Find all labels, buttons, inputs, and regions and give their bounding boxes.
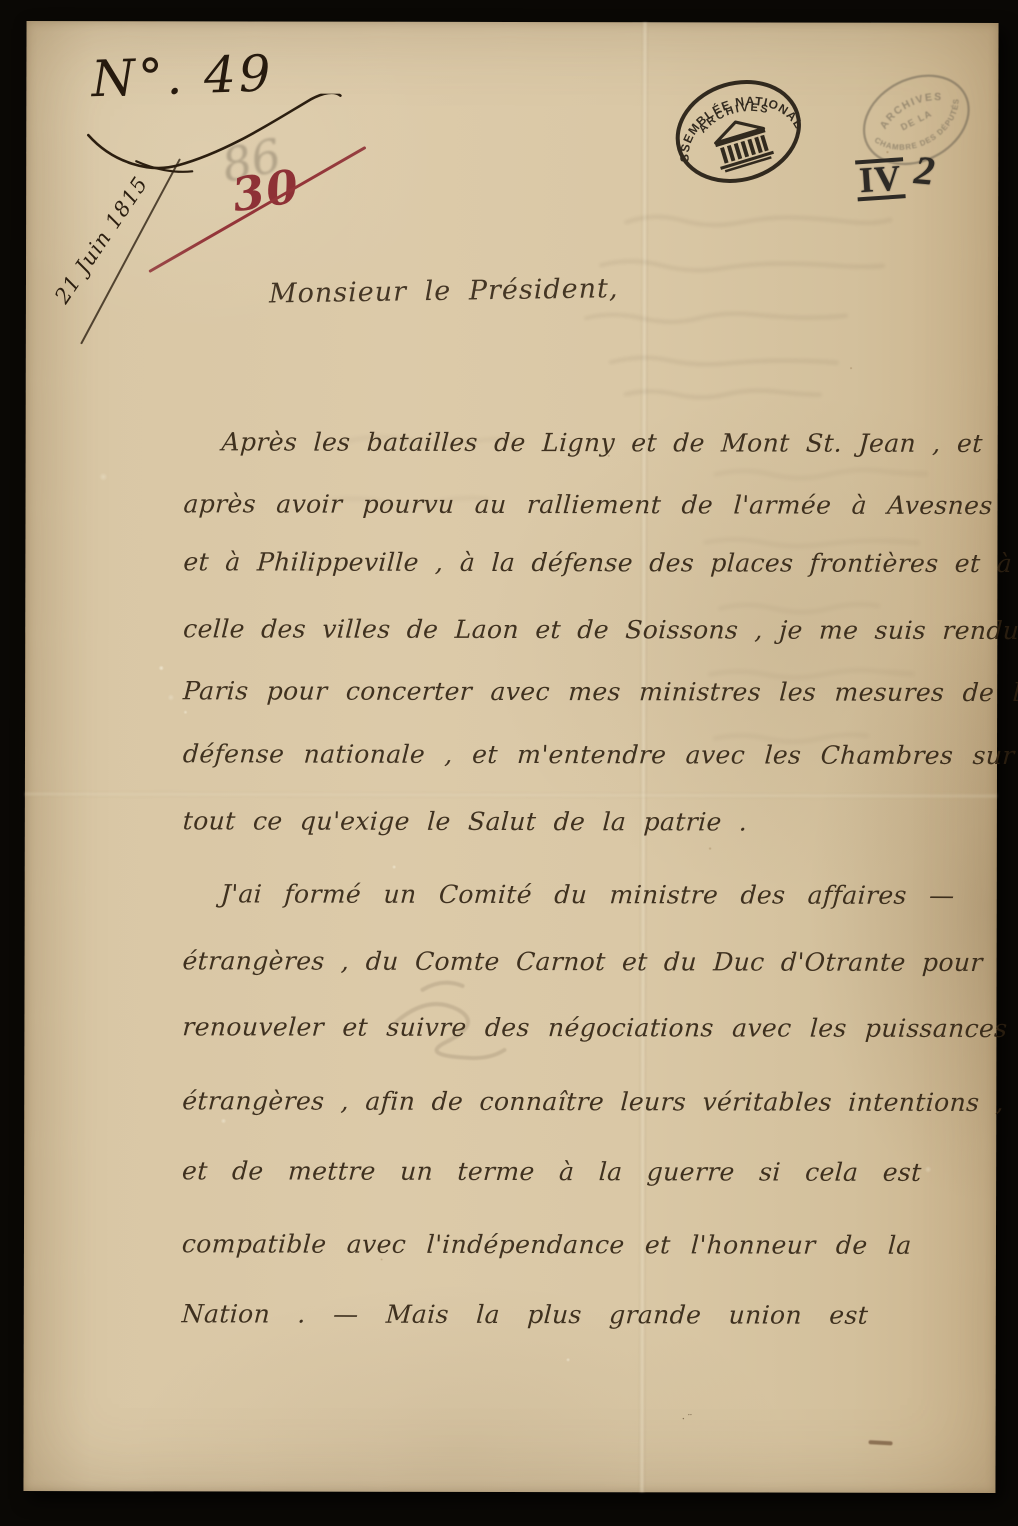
letter-line: celle des villes de Laon et de Soissons … — [182, 614, 962, 645]
letter-line: compatible avec l'indépendance et l'honn… — [181, 1229, 961, 1260]
horizontal-fold-crease — [25, 791, 997, 799]
letter-page: N°. 49 21 Juin 1815 86 30 ASSEMBLÉE NATI… — [23, 21, 998, 1493]
shelfmark-digit: 2 — [912, 146, 936, 195]
scan-background: N°. 49 21 Juin 1815 86 30 ASSEMBLÉE NATI… — [0, 0, 1018, 1526]
letter-line: renouveler et suivre des négociations av… — [182, 1012, 962, 1043]
salutation: Monsieur le Président, — [269, 273, 619, 309]
ink-smudge-mark — [868, 1440, 892, 1445]
ink-speck-marks: ·¨ — [682, 1412, 696, 1422]
letter-line: après avoir pourvu au ralliement de l'ar… — [183, 489, 963, 520]
assemblee-nationale-stamp: ASSEMBLÉE NATIONALE ARCHIVES — [659, 61, 818, 201]
letter-line: Après les batailles de Ligny et de Mont … — [183, 427, 963, 458]
letter-line: J'ai formé un Comité du ministre des aff… — [182, 879, 962, 910]
shelfmark-roman: IV — [855, 157, 906, 201]
shelfmark-annotation: IV 2 — [855, 150, 936, 202]
letter-line: étrangères , du Comte Carnot et du Duc d… — [182, 946, 962, 977]
letter-line: et à Philippeville , à la défense des pl… — [183, 547, 963, 578]
letter-line: et de mettre un terme à la guerre si cel… — [181, 1156, 961, 1187]
letter-line: Nation . — Mais la plus grande union est — [181, 1299, 961, 1330]
letter-line: étrangères , afin de connaître leurs vér… — [181, 1086, 961, 1117]
letter-line: défense nationale , et m'entendre avec l… — [182, 739, 962, 770]
letter-body: Après les batailles de Ligny et de Mont … — [185, 21, 963, 23]
letter-line: tout ce qu'exige le Salut de la patrie . — [182, 806, 962, 837]
letter-line: Paris pour concerter avec mes ministres … — [182, 676, 962, 707]
